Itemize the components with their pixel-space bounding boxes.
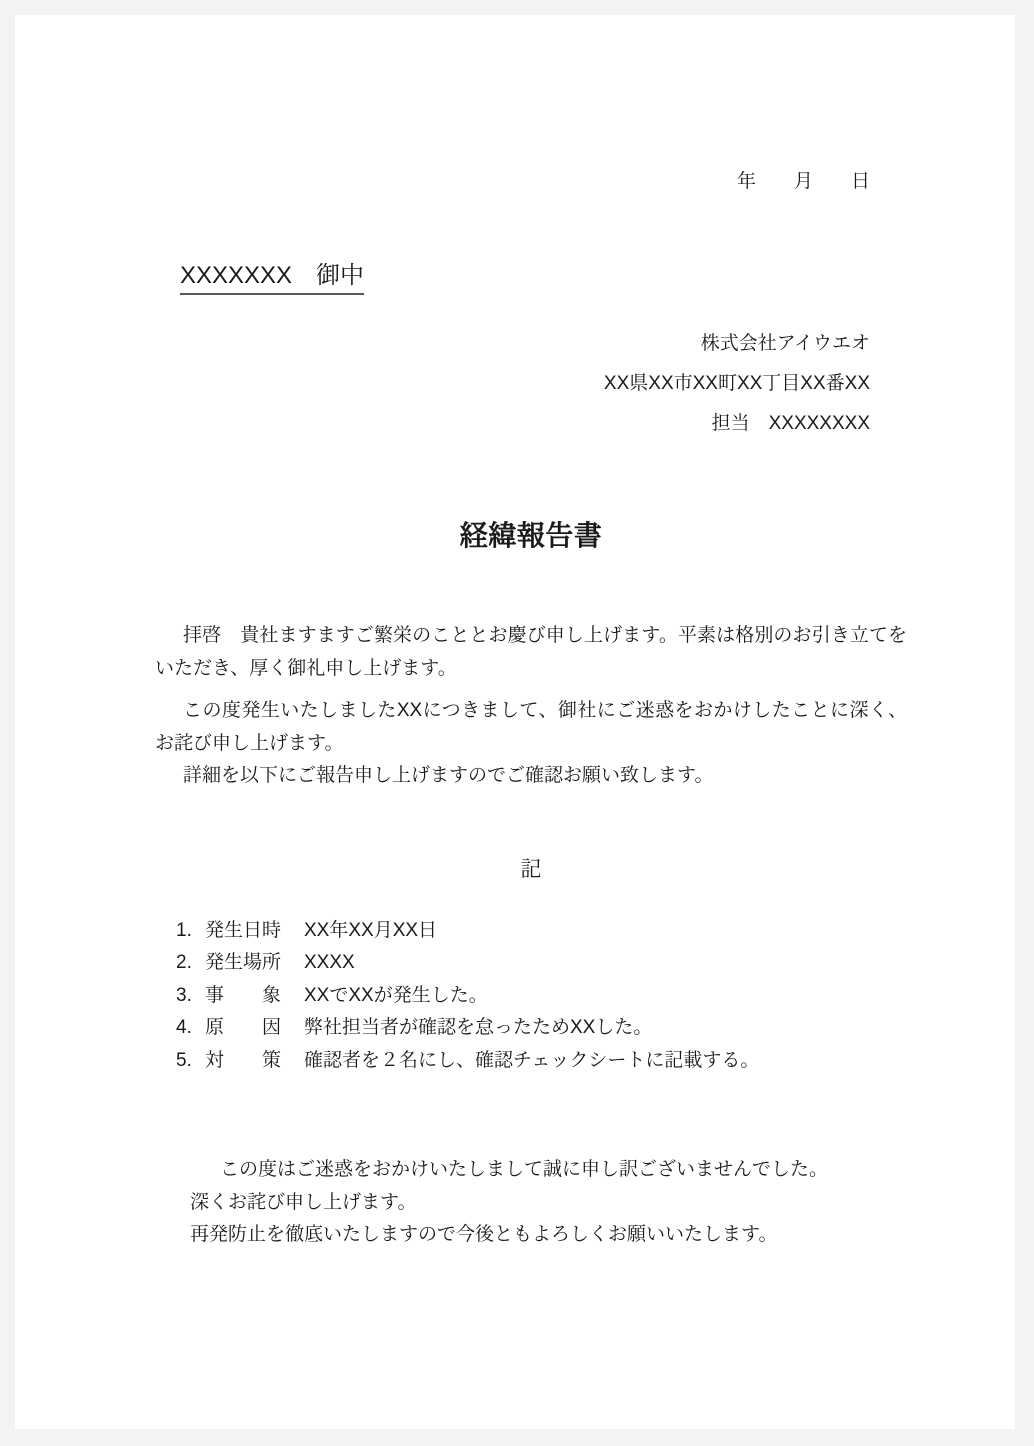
record-marker: 記 xyxy=(155,853,907,886)
item-number: 1. xyxy=(176,915,205,948)
item-value: 弊社担当者が確認を怠ったためXXした。 xyxy=(304,1012,907,1045)
item-value: 確認者を２名にし、確認チェックシートに記載する。 xyxy=(304,1045,907,1078)
closing-block: この度はご迷惑をおかけいたしまして誠に申し訳ございませんでした。 深くお詫び申し… xyxy=(190,1154,907,1252)
report-item: 2. 発生場所 XXXX xyxy=(176,947,907,980)
item-label: 発生場所 xyxy=(205,947,281,980)
item-number: 4. xyxy=(176,1012,205,1045)
item-number: 3. xyxy=(176,980,205,1013)
document-page: 年 月 日 XXXXXXX 御中 株式会社アイウエオ XX県XX市XX町XX丁目… xyxy=(15,15,1015,1429)
sender-block: 株式会社アイウエオ XX県XX市XX町XX丁目XX番XX 担当 XXXXXXXX xyxy=(155,324,907,444)
sender-contact: 担当 XXXXXXXX xyxy=(155,404,870,444)
recipient-row: XXXXXXX 御中 xyxy=(180,261,907,295)
date-line: 年 月 日 xyxy=(155,165,907,198)
report-item: 4. 原 因 弊社担当者が確認を怠ったためXXした。 xyxy=(176,1012,907,1045)
recipient-name: XXXXXXX 御中 xyxy=(180,261,364,295)
item-label: 対 策 xyxy=(205,1045,281,1078)
greeting-paragraph: 拝啓 貴社ますますご繁栄のこととお慶び申し上げます。平素は格別のお引き立てをいた… xyxy=(155,620,907,685)
detail-intro-paragraph: 詳細を以下にご報告申し上げますのでご確認お願い致します。 xyxy=(155,760,907,793)
item-value: XXでXXが発生した。 xyxy=(304,980,907,1013)
report-list: 1. 発生日時 XX年XX月XX日 2. 発生場所 XXXX 3. 事 象 XX… xyxy=(155,915,907,1078)
closing-paragraph: 深くお詫び申し上げます。 xyxy=(190,1187,907,1220)
closing-paragraph: この度はご迷惑をおかけいたしまして誠に申し訳ございませんでした。 xyxy=(190,1154,907,1187)
item-label: 発生日時 xyxy=(205,915,281,948)
sender-address: XX県XX市XX町XX丁目XX番XX xyxy=(155,364,870,404)
item-label: 原 因 xyxy=(205,1012,281,1045)
report-item: 5. 対 策 確認者を２名にし、確認チェックシートに記載する。 xyxy=(176,1045,907,1078)
closing-paragraph: 再発防止を徹底いたしますので今後ともよろしくお願いいたします。 xyxy=(190,1219,907,1252)
item-value: XXXX xyxy=(304,947,907,980)
sender-company: 株式会社アイウエオ xyxy=(155,324,870,364)
item-number: 2. xyxy=(176,947,205,980)
body-block: この度発生いたしましたXXにつきまして、御社にご迷惑をおかけしたことに深く、お詫… xyxy=(155,695,907,793)
item-number: 5. xyxy=(176,1045,205,1078)
report-item: 3. 事 象 XXでXXが発生した。 xyxy=(176,980,907,1013)
apology-paragraph: この度発生いたしましたXXにつきまして、御社にご迷惑をおかけしたことに深く、お詫… xyxy=(155,695,907,760)
report-item: 1. 発生日時 XX年XX月XX日 xyxy=(176,915,907,948)
greeting-block: 拝啓 貴社ますますご繁栄のこととお慶び申し上げます。平素は格別のお引き立てをいた… xyxy=(155,620,907,685)
item-label: 事 象 xyxy=(205,980,281,1013)
document-title: 経緯報告書 xyxy=(155,518,907,554)
item-value: XX年XX月XX日 xyxy=(304,915,907,948)
